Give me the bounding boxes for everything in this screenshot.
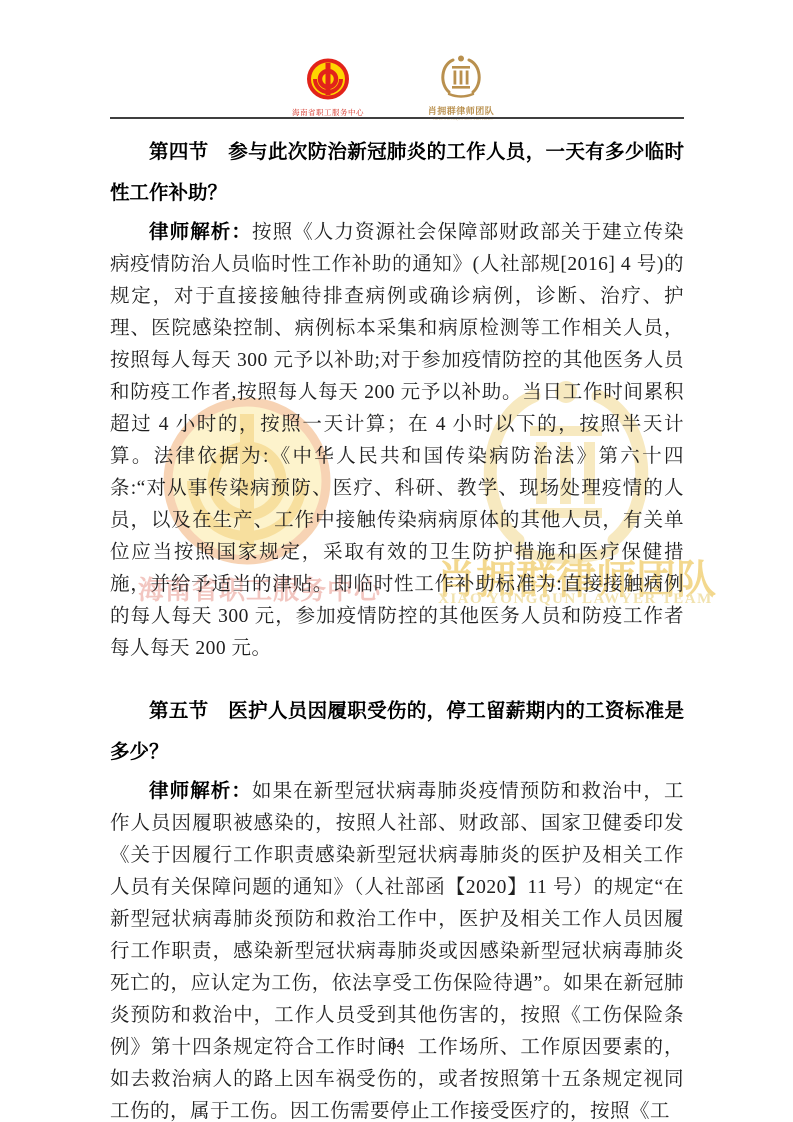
section-5-analysis-paragraph: 律师解析：如果在新型冠状病毒肺炎疫情预防和救治中，工作人员因履职被感染的，按照人… xyxy=(110,775,684,1122)
header-divider xyxy=(110,117,684,119)
header-left-logo: 海南省职工服务中心 xyxy=(285,58,371,118)
analysis-label: 律师解析： xyxy=(149,221,252,243)
section-5-analysis-text: 如果在新型冠状病毒肺炎疫情预防和救治中，工作人员因履职被感染的，按照人社部、财政… xyxy=(110,781,684,1122)
document-body: 第四节 参与此次防治新冠肺炎的工作人员，一天有多少临时性工作补助？ 律师解析：按… xyxy=(110,126,684,1122)
header-right-logo: 肖拥群律师团队 XIAO YONGQUN LAWYER TEAM xyxy=(418,54,504,123)
lawyer-team-emblem-icon xyxy=(437,54,485,98)
header-right-logo-label: 肖拥群律师团队 xyxy=(418,104,504,117)
section-4-analysis-paragraph: 律师解析：按照《人力资源社会保障部财政部关于建立传染病疫情防治人员临时性工作补助… xyxy=(110,216,684,665)
page-footer: 64 xyxy=(0,1036,793,1052)
section-4-analysis-text: 按照《人力资源社会保障部财政部关于建立传染病疫情防治人员临时性工作补助的通知》(… xyxy=(110,222,684,659)
section-4-heading: 第四节 参与此次防治新冠肺炎的工作人员，一天有多少临时性工作补助？ xyxy=(110,132,684,214)
document-page: 海南省职工服务中心 肖拥群律师团队 XIAO YONGQUN LAWYER TE… xyxy=(0,0,793,1122)
page-number: 64 xyxy=(389,1036,405,1052)
analysis-label: 律师解析： xyxy=(149,780,252,802)
union-emblem-icon xyxy=(306,58,350,100)
section-5-heading: 第五节 医护人员因履职受伤的，停工留薪期内的工资标准是多少？ xyxy=(110,691,684,773)
